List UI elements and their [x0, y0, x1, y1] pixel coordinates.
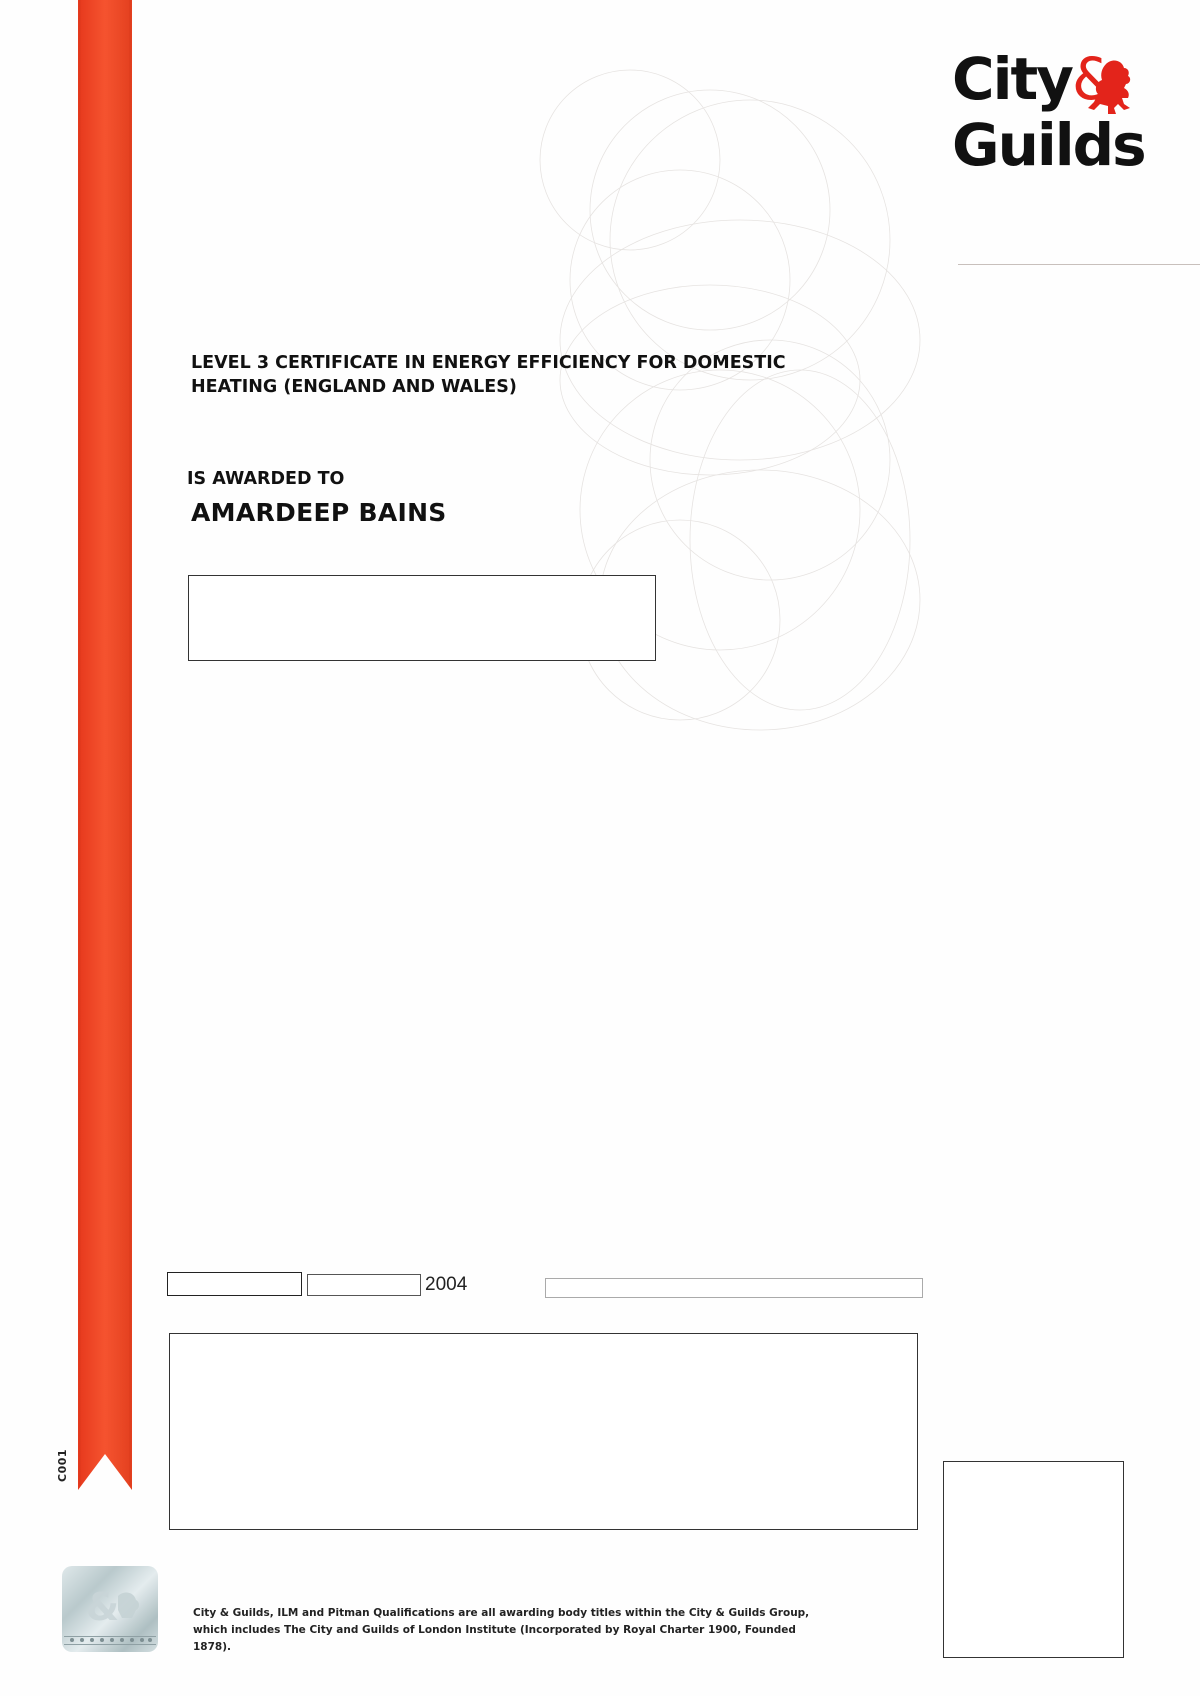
date-day-box	[167, 1272, 302, 1296]
date-month-box	[307, 1274, 421, 1296]
red-ribbon	[78, 0, 132, 1490]
signature-box	[169, 1333, 918, 1530]
certificate-page: City& Guilds LEVEL 3 CERTIFICATE IN ENER…	[0, 0, 1200, 1696]
hologram-seal-icon: &	[62, 1566, 158, 1652]
registration-number-box	[545, 1278, 923, 1298]
awarded-to-label: IS AWARDED TO	[187, 469, 344, 489]
lion-icon	[1084, 58, 1136, 118]
qualification-title: LEVEL 3 CERTIFICATE IN ENERGY EFFICIENCY…	[191, 351, 791, 399]
awardee-name: AMARDEEP BAINS	[191, 498, 447, 527]
date-year: 2004	[425, 1274, 467, 1296]
svg-text:&: &	[86, 1585, 119, 1629]
unit-details-box	[188, 575, 656, 661]
form-code: C001	[56, 1449, 69, 1482]
footer-legal-note: City & Guilds, ILM and Pitman Qualificat…	[193, 1605, 833, 1656]
logo-word-city: City	[952, 45, 1072, 113]
guilloche-watermark-icon	[380, 40, 980, 800]
photo-box	[943, 1461, 1124, 1658]
logo-divider	[958, 264, 1200, 265]
city-and-guilds-logo: City& Guilds	[952, 50, 1152, 180]
logo-word-guilds: Guilds	[952, 116, 1145, 174]
